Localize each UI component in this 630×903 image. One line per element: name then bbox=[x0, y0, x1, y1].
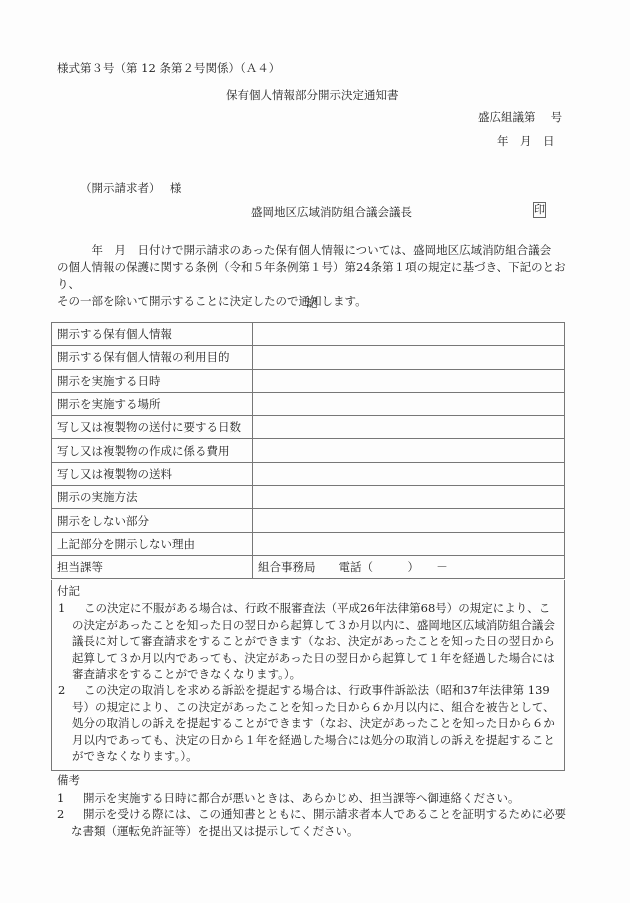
note-item: 2 この決定の取消しを求める訴訟を提起する場合は、行政事件訴訟法（昭和37年法律… bbox=[58, 682, 558, 765]
document-title: 保有個人情報部分開示決定通知書 bbox=[226, 88, 399, 103]
row-label: 開示する保有個人情報 bbox=[52, 323, 253, 346]
row-label: 開示する保有個人情報の利用目的 bbox=[52, 346, 253, 369]
row-label: 上記部分を開示しない理由 bbox=[52, 532, 253, 555]
table-row: 写し又は複製物の作成に係る費用 bbox=[52, 439, 565, 462]
addressee: （開示請求者） 様 bbox=[80, 181, 181, 196]
row-value[interactable] bbox=[253, 346, 565, 369]
ki-heading: 記 bbox=[306, 296, 318, 311]
row-value[interactable] bbox=[253, 462, 565, 485]
table-row: 開示の実施方法 bbox=[52, 486, 565, 509]
remark-item: 2 開示を受ける際には、この通知書とともに、開示請求者本人であることを証明するた… bbox=[57, 806, 569, 839]
table-row: 開示する保有個人情報の利用目的 bbox=[52, 346, 565, 369]
remark-number: 2 bbox=[57, 806, 64, 823]
table-row: 写し又は複製物の送料 bbox=[52, 462, 565, 485]
issue-date: 年 月 日 bbox=[497, 134, 555, 149]
row-value[interactable] bbox=[253, 486, 565, 509]
remarks-title: 備考 bbox=[57, 773, 80, 788]
contact-value[interactable]: 組合事務局 電話（ ） － bbox=[253, 555, 565, 578]
row-label: 担当課等 bbox=[52, 555, 253, 578]
row-value[interactable] bbox=[253, 392, 565, 415]
supplementary-notes-box: 付記 1 この決定に不服がある場合は、行政不服審査法（平成26年法律第68号）の… bbox=[51, 580, 565, 771]
note-number: 2 bbox=[58, 682, 65, 699]
remark-text: 開示を受ける際には、この通知書とともに、開示請求者本人であることを証明するために… bbox=[57, 806, 569, 839]
note-number: 1 bbox=[58, 600, 65, 617]
document-number: 盛広組議第 号 bbox=[478, 110, 562, 125]
row-label: 開示を実施する場所 bbox=[52, 392, 253, 415]
table-row: 上記部分を開示しない理由 bbox=[52, 532, 565, 555]
seal-stamp-icon: 印 bbox=[533, 202, 546, 218]
note-text: この決定に不服がある場合は、行政不服審査法（平成26年法律第68号）の規定により… bbox=[58, 600, 558, 683]
table-row: 開示を実施する場所 bbox=[52, 392, 565, 415]
body-line: 年 月 日付けで開示請求のあった保有個人情報については、盛岡地区広域消防組合議会 bbox=[57, 242, 569, 259]
row-label: 開示をしない部分 bbox=[52, 509, 253, 532]
table-row: 開示をしない部分 bbox=[52, 509, 565, 532]
row-label: 写し又は複製物の送料 bbox=[52, 462, 253, 485]
remark-text: 開示を実施する日時に都合が悪いときは、あらかじめ、担当課等へ御連絡ください。 bbox=[57, 790, 569, 807]
row-value[interactable] bbox=[253, 369, 565, 392]
remark-number: 1 bbox=[57, 790, 64, 807]
row-value[interactable] bbox=[253, 439, 565, 462]
issuer-name: 盛岡地区広域消防組合議会議長 bbox=[251, 205, 412, 220]
note-item: 1 この決定に不服がある場合は、行政不服審査法（平成26年法律第68号）の規定に… bbox=[58, 600, 558, 683]
row-value[interactable] bbox=[253, 416, 565, 439]
note-text: この決定の取消しを求める訴訟を提起する場合は、行政事件訴訟法（昭和37年法律第 … bbox=[58, 682, 558, 765]
table-row: 担当課等組合事務局 電話（ ） － bbox=[52, 555, 565, 578]
remark-item: 1 開示を実施する日時に都合が悪いときは、あらかじめ、担当課等へ御連絡ください。 bbox=[57, 790, 569, 807]
table-row: 開示を実施する日時 bbox=[52, 369, 565, 392]
table-row: 写し又は複製物の送付に要する日数 bbox=[52, 416, 565, 439]
row-value[interactable] bbox=[253, 509, 565, 532]
body-line: の個人情報の保護に関する条例（令和５年条例第１号）第24条第１項の規定に基づき、… bbox=[57, 259, 569, 293]
table-row: 開示する保有個人情報 bbox=[52, 323, 565, 346]
disclosure-info-table: 開示する保有個人情報 開示する保有個人情報の利用目的 開示を実施する日時 開示を… bbox=[51, 322, 565, 579]
row-label: 写し又は複製物の送付に要する日数 bbox=[52, 416, 253, 439]
row-label: 開示の実施方法 bbox=[52, 486, 253, 509]
notes-title: 付記 bbox=[57, 584, 80, 599]
row-label: 写し又は複製物の作成に係る費用 bbox=[52, 439, 253, 462]
row-label: 開示を実施する日時 bbox=[52, 369, 253, 392]
form-number: 様式第３号（第 12 条第２号関係）（Ａ４） bbox=[57, 61, 280, 76]
row-value[interactable] bbox=[253, 532, 565, 555]
row-value[interactable] bbox=[253, 323, 565, 346]
